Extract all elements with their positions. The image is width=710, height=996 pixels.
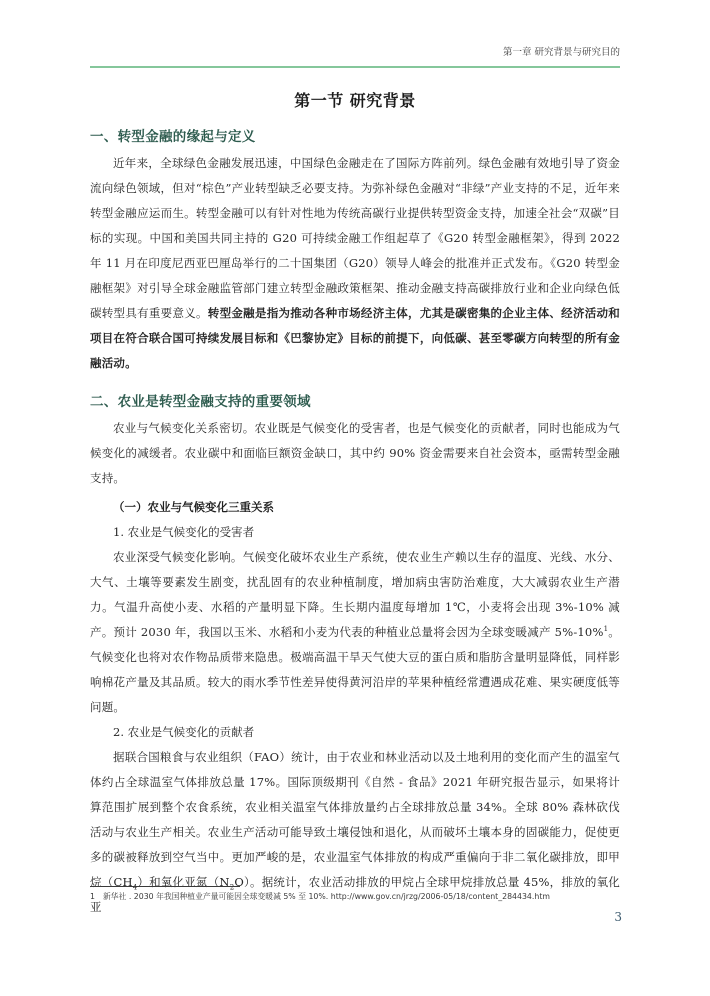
footnote-separator bbox=[90, 886, 240, 887]
item-title-climate-victim: 1. 农业是气候变化的受害者 bbox=[90, 520, 620, 545]
paragraph-transition-finance: 近年来，全球绿色金融发展迅速，中国绿色金融走在了国际方阵前列。绿色金融有效地引导… bbox=[90, 151, 620, 376]
footnote-block: 1新华社 . 2030 年我国种植业产量可能因全球变暖减 5% 至 10%. h… bbox=[90, 886, 620, 902]
heading-agriculture-key-field: 二、农业是转型金融支持的重要领域 bbox=[90, 390, 620, 410]
paragraph-climate-victim: 农业深受气候变化影响。气候变化破坏农业生产系统，使农业生产赖以生存的温度、光线、… bbox=[90, 545, 620, 720]
document-page: 第一章 研究背景与研究目的 第一节 研究背景 一、转型金融的缘起与定义 近年来，… bbox=[0, 0, 710, 996]
page-header: 第一章 研究背景与研究目的 bbox=[90, 46, 620, 59]
footnote-marker: 1 bbox=[90, 892, 95, 901]
chapter-header-text: 第一章 研究背景与研究目的 bbox=[503, 47, 620, 58]
header-divider bbox=[90, 66, 620, 68]
item-title-climate-contributor: 2. 农业是气候变化的贡献者 bbox=[90, 720, 620, 745]
subheading-triple-relation: （一）农业与气候变化三重关系 bbox=[90, 495, 620, 520]
paragraph-agriculture-intro: 农业与气候变化关系密切。农业既是气候变化的受害者，也是气候变化的贡献者，同时也能… bbox=[90, 416, 620, 491]
section-title: 第一节 研究背景 bbox=[90, 88, 620, 111]
footnote: 1新华社 . 2030 年我国种植业产量可能因全球变暖减 5% 至 10%. h… bbox=[90, 891, 620, 902]
footnote-text: 新华社 . 2030 年我国种植业产量可能因全球变暖减 5% 至 10%. ht… bbox=[103, 892, 550, 901]
page-number: 3 bbox=[614, 910, 622, 924]
heading-transition-finance-origin: 一、转型金融的缘起与定义 bbox=[90, 125, 620, 145]
